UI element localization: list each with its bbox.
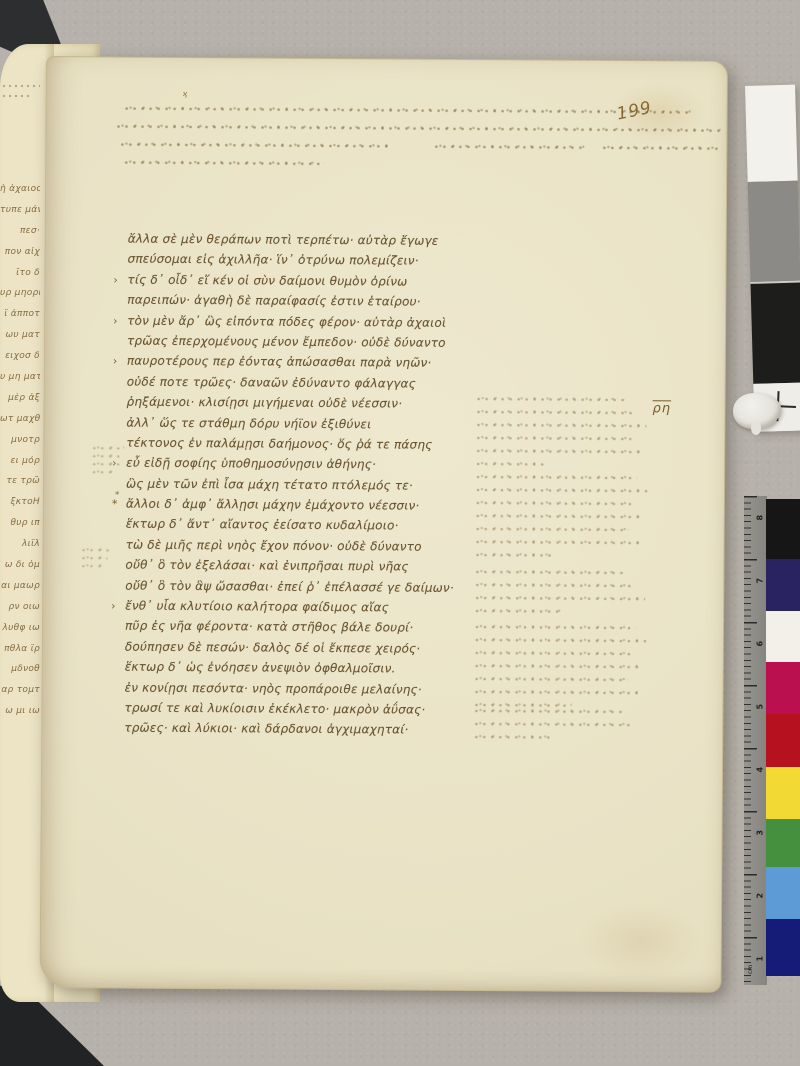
color-patch [766,662,800,714]
line-text: πῦρ ἐς νῆα φέροντα· κατὰ στῆθος βάλε δου… [125,619,413,635]
grayscale-patch-white [745,85,798,182]
scholia-block [474,624,655,716]
scholia-block [476,396,657,475]
scholia-line [475,663,643,669]
line-text: τέκτονος ἐν παλάμῃσι δαήμονος· ὅς ῥά τε … [126,435,432,451]
scholia-line [92,445,124,449]
facing-fragment: πον αἰχ [0,247,40,268]
line-marginal-mark: › [113,355,127,368]
scholia-block [474,708,654,748]
asterisk-mark: * [115,490,120,500]
color-patch [766,559,800,611]
scholia-line [476,526,629,532]
facing-fragment: αρ τομτ [0,685,40,706]
left-margin-note [92,445,126,477]
manuscript-photo: ὴ ἀχαιοστυπε μάνθπεσ·πον αἰχῑτο δυρ μηορ… [0,0,800,1066]
ruler-cm-ticks [744,496,757,985]
scholia-line [116,123,720,132]
line-marginal-mark: › [113,273,127,286]
line-text: τὼ δὲ μιῆς περὶ νηὸς ἔχον πόνον· οὐδὲ δύ… [126,537,422,553]
line-text: τρωσί τε καὶ λυκίοισιν ἐκέκλετο· μακρὸν … [124,701,425,717]
manuscript-page: 199 ϗ ἄλλα σὲ μὲν θεράπων ποτὶ τερπέτω· … [39,56,727,993]
scholia-line [476,435,631,441]
line-marginal-mark: › [113,314,127,327]
facing-fragment: ξκτοΗ [0,497,40,518]
facing-fragment: αι μαωρ [0,581,40,602]
grayscale-patch-gray [748,181,800,282]
top-scholia-block: ϗ [47,57,727,62]
color-calibration-bar [766,499,800,976]
line-text: τίς δ᾽ οἶδ᾽ εἴ κέν οἱ σὺν δαίμονι θυμὸν … [127,272,407,288]
scholia-line [474,721,633,727]
facing-fragment: μδνοθ [0,664,40,685]
ruler-number: 8 [756,513,765,521]
line-text: ἕκτωρ δ᾽ ὡς ἐνόησεν ἀνεψιὸν ὀφθαλμοῖσιν. [125,660,396,676]
pencil-scribble-line [2,94,32,98]
facing-fragment: ωτ μαχθ [0,414,40,435]
scholia-line [81,555,107,559]
scholia-line [92,453,120,457]
facing-fragment: πεσ· [0,226,40,247]
right-scholia-column [474,396,657,757]
ruler-number: 7 [756,576,765,584]
ruler-number: 3 [756,828,765,836]
line-text: ἐν κονίῃσι πεσόντα· νηὸς προπάροιθε μελα… [125,680,422,696]
scholia-line [477,409,636,415]
facing-fragment: ωυ ματ [0,330,40,351]
ruler-number: 2 [756,891,765,899]
scholia-line [602,145,720,151]
line-text: ῥηξάμενοι· κλισίῃσι μιγήμεναι οὐδὲ νέεσσ… [127,395,403,411]
line-text: ἄλλοι δ᾽ ἀμφ᾽ ἄλλῃσι μάχην ἐμάχοντο νέεσ… [126,497,420,513]
facing-fragment: τε τρῶ [0,476,40,497]
scholia-line [92,469,114,473]
scholia-line [476,487,648,493]
scholia-line [81,563,101,567]
scholia-line [476,500,633,506]
line-text: τρῶας ἐπερχομένους μένον ἔμπεδον· οὐδὲ δ… [127,334,446,350]
line-text: παυροτέρους περ ἐόντας ἀπώσασθαι παρὰ νη… [127,354,432,370]
scholia-line [475,582,634,588]
ruler-unit-label: cm [747,965,754,974]
facing-fragment: λυθφ ιω [0,623,40,644]
facing-fragment: ει μόρ [0,456,40,477]
facing-fragment: πθλα ϊρ [0,644,40,665]
scholia-line [475,624,636,630]
facing-fragment: μὲρ ἀξ [0,393,40,414]
scholia-line [475,608,563,614]
color-patch [766,611,800,662]
grayscale-calibration-bar [745,85,800,432]
line-text: ἀλλ᾽ ὥς τε στάθμη δόρυ νήϊον ἐξιθύνει [126,415,371,431]
color-patch [766,819,800,867]
line-text: ἕκτωρ δ᾽ ἄντ᾽ αἴαντος ἐείσατο κυδαλίμοιο… [126,517,399,533]
pencil-scribble-line [2,84,40,88]
ruler: cm 87654321 [744,496,767,985]
color-patch [766,499,800,559]
scholia-line [92,461,122,465]
scholia-line [474,702,571,708]
scholia-line [474,708,622,714]
scholia-line [476,539,640,545]
color-patch [766,714,800,767]
quire-mark: ρη [652,401,671,416]
scholia-line [434,144,584,150]
line-text: οὐδέ ποτε τρῶες· δαναῶν ἐδύναντο φάλαγγα… [127,374,416,390]
color-patch [766,919,800,976]
scholia-line [475,650,632,656]
facing-fragment: ω μι ιω [0,706,40,727]
scholia-abbreviation-mark: ϗ [183,90,188,98]
line-text: τρῶες· καὶ λύκιοι· καὶ δάρδανοι ἀγχιμαχη… [124,721,408,737]
line-text: σπεύσομαι εἰς ἀχιλλῆα· ἵν᾽ ὀτρύνω πολεμί… [128,252,419,268]
scholia-line [124,160,324,166]
facing-fragment: θυρ ιπ [0,518,40,539]
line-text: δούπησεν δὲ πεσών· δαλὸς δέ οἱ ἔκπεσε χε… [125,639,421,655]
line-text: ὣς μὲν τῶν ἐπὶ ἶσα μάχη τέτατο πτόλεμός … [126,476,413,492]
scholia-line [475,637,647,643]
scholia-line [475,689,639,695]
facing-fragment: λιϊλ [0,539,40,560]
facing-fragment: υ μη ματ [0,372,40,393]
scholia-line [475,676,628,682]
color-patch [766,867,800,919]
scholia-line [476,552,555,558]
ruler-number: 1 [756,954,765,962]
facing-fragment: υρ μηοριη [0,288,40,309]
facing-fragment: ῑτο δ [0,268,40,289]
scholia-line [82,547,110,551]
scholia-line [477,396,625,402]
facing-fragment: ειχοσ δ [0,351,40,372]
scholia-line [476,461,546,466]
facing-fragment: τυπε μάνθ [0,205,40,226]
scholia-line [475,569,623,575]
scholia-line [476,513,644,519]
color-patch [766,767,800,819]
line-text: παρειπών· ἀγαθὴ δὲ παραίφασίς ἐστιν ἑταί… [127,293,420,309]
line-text: ἄλλα σὲ μὲν θεράπων ποτὶ τερπέτω· αὐτὰρ … [128,232,439,248]
line-text: οὔθ᾽ ὃ τὸν ἂψ ὤσασθαι· ἐπεί ῥ᾽ ἐπέλασσέ … [125,578,454,594]
scholia-line [476,474,637,480]
facing-fragment: ρν οιω [0,602,40,623]
facing-fragment: ϊ ἀπποτ [0,309,40,330]
scholia-line [120,142,392,149]
line-text: οὔθ᾽ ὃ τὸν ἐξελάσαι· καὶ ἐνιπρῆσαι πυρὶ … [125,558,408,574]
scholia-line [474,734,550,740]
scholia-block [475,569,655,622]
scholia-line [476,422,646,428]
line-text: τὸν μὲν ἄρ᾽ ὣς εἰπόντα πόδες φέρον· αὐτὰ… [127,313,446,329]
line-text: ἔνθ᾽ υἷα κλυτίοιο καλήτορα φαίδιμος αἴας [125,599,389,615]
facing-fragment: ὴ ἀχαιοσ [0,184,40,205]
pencil-note [2,84,46,104]
scholia-line [476,448,642,454]
facing-page-fragments: ὴ ἀχαιοστυπε μάνθπεσ·πον αἰχῑτο δυρ μηορ… [0,184,40,727]
grayscale-patch-black [750,281,800,384]
line-text: εὖ εἰδῇ σοφίης ὑποθημοσύνῃσιν ἀθήνης· [126,456,376,472]
line-marginal-mark: › [111,599,125,612]
facing-fragment: ω δι ὀμ [0,560,40,581]
left-margin-note [81,547,111,571]
ruler-number: 6 [756,639,765,647]
ruler-number: 5 [756,702,765,710]
ruler-number: 4 [756,765,765,773]
scholia-block [475,474,656,566]
scholia-line [475,595,645,601]
facing-fragment: μνοτρ [0,435,40,456]
scholia-line [125,106,691,115]
